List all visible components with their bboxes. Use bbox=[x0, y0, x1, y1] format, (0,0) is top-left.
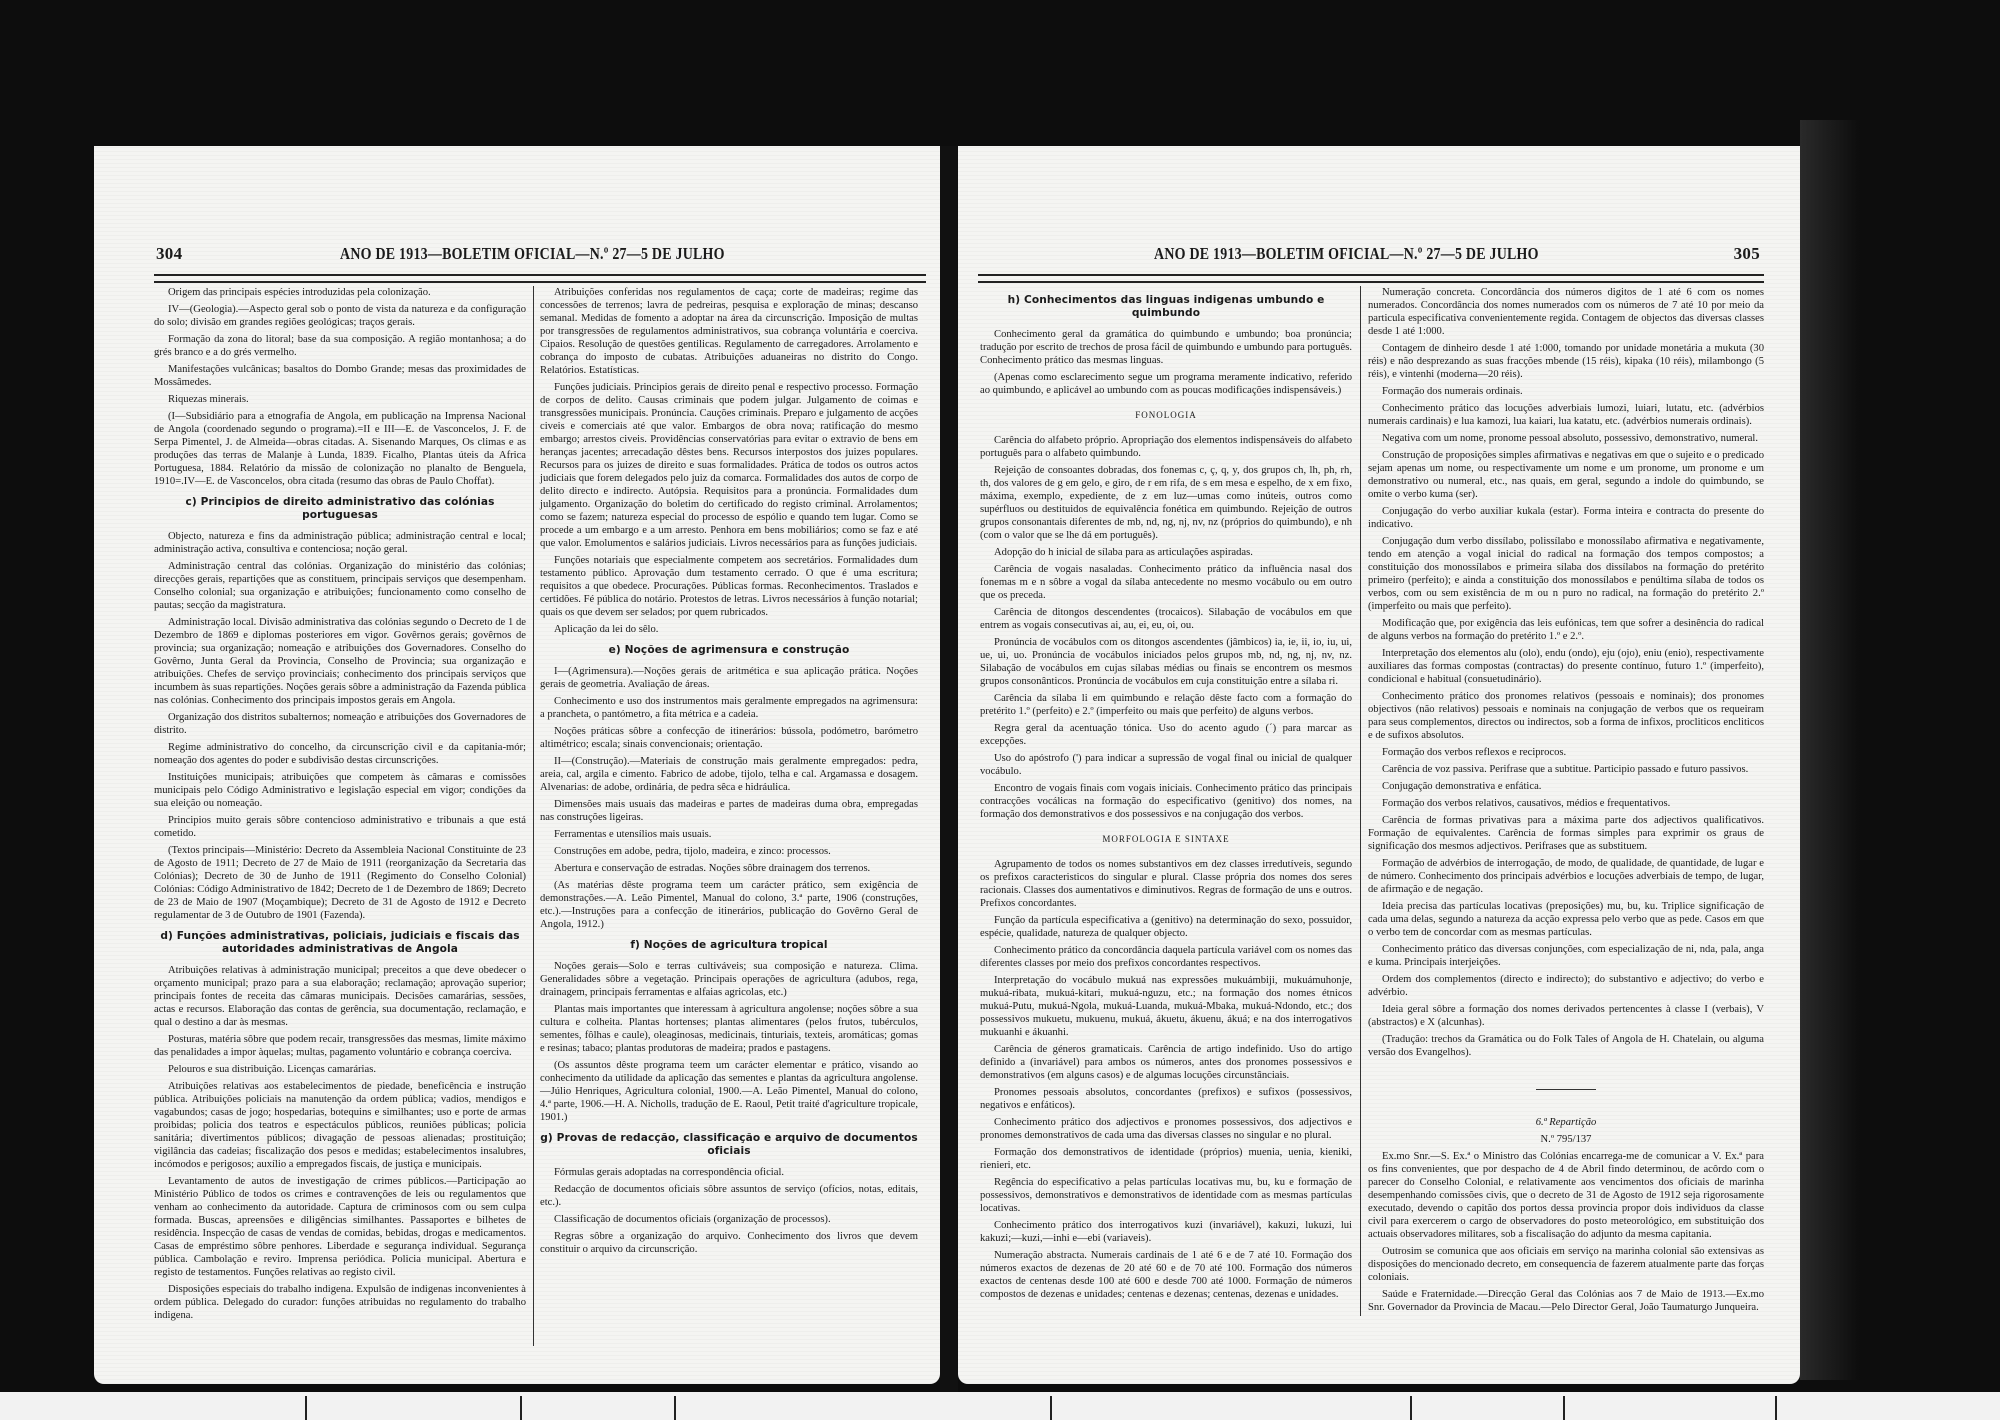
paragraph: Construção de proposições simples afirma… bbox=[1368, 449, 1764, 501]
paragraph: Interpretação do vocábulo mukuá nas expr… bbox=[980, 974, 1352, 1039]
paragraph: Organização dos distritos subalternos; n… bbox=[154, 711, 526, 737]
paragraph: Regime administrativo do concelho, da ci… bbox=[154, 741, 526, 767]
paragraph: Ideia precisa das partículas locativas (… bbox=[1368, 900, 1764, 939]
paragraph: Carência do alfabeto próprio. Apropriaçã… bbox=[980, 434, 1352, 460]
paragraph: Objecto, natureza e fins da administraçã… bbox=[154, 530, 526, 556]
paragraph: Instituições municipais; atribuições que… bbox=[154, 771, 526, 810]
right-page: ANO DE 1913—BOLETIM OFICIAL—N.º 27—5 DE … bbox=[958, 146, 1800, 1384]
section-heading: h) Conhecimentos das linguas indigenas u… bbox=[980, 294, 1352, 320]
paragraph: Conjugação demonstrativa e enfática. bbox=[1368, 780, 1764, 793]
paragraph: Conhecimento prático das locuções adverb… bbox=[1368, 402, 1764, 428]
paragraph: Formação dos demonstrativos de identidad… bbox=[980, 1146, 1352, 1172]
subsection-heading: FONOLOGIA bbox=[980, 409, 1352, 422]
paragraph: Atribuições relativas à administração mu… bbox=[154, 964, 526, 1029]
registration-mark bbox=[1563, 1396, 1565, 1420]
paragraph: II—(Construção).—Materiais de construção… bbox=[540, 755, 918, 794]
paragraph: Funções notariais que especialmente comp… bbox=[540, 554, 918, 619]
separator-rule bbox=[1536, 1089, 1596, 1090]
right-page-column-2: Numeração concreta. Concordância dos núm… bbox=[1368, 286, 1764, 1318]
paragraph: Carência de vogais nasaladas. Conhecimen… bbox=[980, 563, 1352, 602]
section-heading: d) Funções administrativas, policiais, j… bbox=[154, 930, 526, 956]
paragraph: Ex.mo Snr.—S. Ex.ª o Ministro das Colóni… bbox=[1368, 1150, 1764, 1241]
paragraph: Formação dos verbos reflexos e reciproco… bbox=[1368, 746, 1764, 759]
paragraph: Rejeição de consoantes dobradas, dos fon… bbox=[980, 464, 1352, 542]
paragraph: Aplicação da lei do sêlo. bbox=[540, 623, 918, 636]
scan-bottom-margin bbox=[0, 1392, 2000, 1420]
paragraph: Administração local. Divisão administrat… bbox=[154, 616, 526, 707]
column-divider bbox=[1360, 286, 1361, 1316]
section-heading: c) Principios de direito administrativo … bbox=[154, 496, 526, 522]
paragraph: Encontro de vogais finais com vogais ini… bbox=[980, 782, 1352, 821]
subsection-heading: MORFOLOGIA E SINTAXE bbox=[980, 833, 1352, 846]
paragraph: Carência de voz passiva. Perifrase que a… bbox=[1368, 763, 1764, 776]
registration-mark bbox=[305, 1396, 307, 1420]
paragraph: Construções em adobe, pedra, tijolo, mad… bbox=[540, 845, 918, 858]
paragraph: Atribuições conferidas nos regulamentos … bbox=[540, 286, 918, 377]
paragraph: Atribuições relativas aos estabeleciment… bbox=[154, 1080, 526, 1171]
paragraph: (Textos principais—Ministério: Decreto d… bbox=[154, 844, 526, 922]
paragraph: Levantamento de autos de investigação de… bbox=[154, 1175, 526, 1279]
paragraph: Funções judiciais. Principios gerais de … bbox=[540, 381, 918, 550]
paragraph: Função da partícula especificativa a (ge… bbox=[980, 914, 1352, 940]
section-heading: f) Noções de agricultura tropical bbox=[540, 939, 918, 952]
paragraph: Formação dos numerais ordinais. bbox=[1368, 385, 1764, 398]
paragraph: Riquezas minerais. bbox=[154, 393, 526, 406]
paragraph: Carência da sílaba li em quimbundo e rel… bbox=[980, 692, 1352, 718]
paragraph: Conhecimento prático dos pronomes relati… bbox=[1368, 690, 1764, 742]
registration-mark bbox=[674, 1396, 676, 1420]
paragraph: Origem das principais espécies introduzi… bbox=[154, 286, 526, 299]
paragraph: Formação da zona do litoral; base da sua… bbox=[154, 333, 526, 359]
registration-mark bbox=[1410, 1396, 1412, 1420]
running-head-title: ANO DE 1913—BOLETIM OFICIAL—N.º 27—5 DE … bbox=[1154, 244, 1539, 264]
paragraph: Interpretação dos elementos alu (olo), e… bbox=[1368, 647, 1764, 686]
left-page: 304 ANO DE 1913—BOLETIM OFICIAL—N.º 27—5… bbox=[94, 146, 940, 1384]
paragraph: Ideia geral sôbre a formação dos nomes d… bbox=[1368, 1003, 1764, 1029]
paragraph: Regra geral da acentuação tónica. Uso do… bbox=[980, 722, 1352, 748]
paragraph: Contagem de dinheiro desde 1 até 1:000, … bbox=[1368, 342, 1764, 381]
paragraph: Pronomes pessoais absolutos, concordante… bbox=[980, 1086, 1352, 1112]
paragraph: (As matérias dêste programa teem um cará… bbox=[540, 879, 918, 931]
paragraph: Manifestações vulcânicas; basaltos do Do… bbox=[154, 363, 526, 389]
paragraph: Modificação que, por exigência das leis … bbox=[1368, 617, 1764, 643]
paragraph: Fórmulas gerais adoptadas na correspondê… bbox=[540, 1166, 918, 1179]
paragraph: Saúde e Fraternidade.—Direcção Geral das… bbox=[1368, 1288, 1764, 1314]
column-divider bbox=[533, 286, 534, 1346]
paragraph: Carência de ditongos descendentes (troca… bbox=[980, 606, 1352, 632]
registration-mark bbox=[1775, 1396, 1777, 1420]
paragraph: Conhecimento prático dos interrogativos … bbox=[980, 1219, 1352, 1245]
paragraph: Ferramentas e utensílios mais usuais. bbox=[540, 828, 918, 841]
paragraph: I—(Agrimensura).—Noções gerais de aritmé… bbox=[540, 665, 918, 691]
paragraph: Administração central das colónias. Orga… bbox=[154, 560, 526, 612]
paragraph: Carência de géneros gramaticais. Carênci… bbox=[980, 1043, 1352, 1082]
paragraph: Conhecimento geral da gramática do quimb… bbox=[980, 328, 1352, 367]
registration-mark bbox=[520, 1396, 522, 1420]
paragraph: Uso do apóstrofo (') para indicar a supr… bbox=[980, 752, 1352, 778]
paragraph: Posturas, matéria sôbre que podem recair… bbox=[154, 1033, 526, 1059]
paragraph: Conhecimento prático das diversas conjun… bbox=[1368, 943, 1764, 969]
section-heading: e) Noções de agrimensura e construção bbox=[540, 644, 918, 657]
paragraph: Plantas mais importantes que interessam … bbox=[540, 1003, 918, 1055]
paragraph: Formação de advérbios de interrogação, d… bbox=[1368, 857, 1764, 896]
paragraph: Conjugação do verbo auxiliar kukala (est… bbox=[1368, 505, 1764, 531]
paragraph: Outrosim se comunica que aos oficiais em… bbox=[1368, 1245, 1764, 1284]
registration-mark bbox=[1050, 1396, 1052, 1420]
paragraph: Noções gerais—Solo e terras cultiváveis;… bbox=[540, 960, 918, 999]
running-head-left: 304 ANO DE 1913—BOLETIM OFICIAL—N.º 27—5… bbox=[94, 244, 940, 272]
paragraph: Abertura e conservação de estradas. Noçõ… bbox=[540, 862, 918, 875]
paragraph: IV—(Geologia).—Aspecto geral sob o ponto… bbox=[154, 303, 526, 329]
paragraph: Negativa com um nome, pronome pessoal ab… bbox=[1368, 432, 1764, 445]
paragraph: Regência do especificativo a pelas partí… bbox=[980, 1176, 1352, 1215]
paragraph: Ordem dos complementos (directo e indire… bbox=[1368, 973, 1764, 999]
left-page-column-2: Atribuições conferidas nos regulamentos … bbox=[540, 286, 918, 1260]
paragraph: Pronúncia de vocábulos com os ditongos a… bbox=[980, 636, 1352, 688]
paragraph: (Apenas como esclarecimento segue um pro… bbox=[980, 371, 1352, 397]
book-gutter bbox=[940, 146, 958, 1396]
paragraph: Adopção do h inicial de sílaba para as a… bbox=[980, 546, 1352, 559]
left-page-column-1: Origem das principais espécies introduzi… bbox=[154, 286, 526, 1326]
right-page-column-1: h) Conhecimentos das linguas indigenas u… bbox=[980, 286, 1352, 1305]
paragraph: Carência de formas privativas para a máx… bbox=[1368, 814, 1764, 853]
paragraph: Numeração abstracta. Numerais cardinais … bbox=[980, 1249, 1352, 1301]
paragraph: Conjugação dum verbo dissílabo, polissíl… bbox=[1368, 535, 1764, 613]
paragraph: Formação dos verbos relativos, causativo… bbox=[1368, 797, 1764, 810]
department-heading: 6.ª Repartição bbox=[1368, 1116, 1764, 1129]
running-head-title: ANO DE 1913—BOLETIM OFICIAL—N.º 27—5 DE … bbox=[340, 244, 725, 264]
paragraph: Redacção de documentos oficiais sôbre as… bbox=[540, 1183, 918, 1209]
paragraph: Pelouros e sua distribuição. Licenças ca… bbox=[154, 1063, 526, 1076]
paragraph: Numeração concreta. Concordância dos núm… bbox=[1368, 286, 1764, 338]
section-heading: g) Provas de redacção, classificação e a… bbox=[540, 1132, 918, 1158]
paragraph: (Os assuntos dêste programa teem um cará… bbox=[540, 1059, 918, 1124]
paragraph: Classificação de documentos oficiais (or… bbox=[540, 1213, 918, 1226]
paragraph: Disposições especiais do trabalho indige… bbox=[154, 1283, 526, 1322]
paragraph: Agrupamento de todos os nomes substantiv… bbox=[980, 858, 1352, 910]
paragraph: Dimensões mais usuais das madeiras e par… bbox=[540, 798, 918, 824]
page-number: 304 bbox=[156, 244, 182, 264]
page-number: 305 bbox=[1734, 244, 1760, 264]
paragraph: Conhecimento e uso dos instrumentos mais… bbox=[540, 695, 918, 721]
document-number: N.º 795/137 bbox=[1368, 1133, 1764, 1146]
header-double-rule bbox=[154, 274, 926, 283]
paragraph: Conhecimento prático dos adjectivos e pr… bbox=[980, 1116, 1352, 1142]
header-double-rule bbox=[978, 274, 1764, 283]
paragraph: Noções práticas sôbre a confecção de iti… bbox=[540, 725, 918, 751]
running-head-right: ANO DE 1913—BOLETIM OFICIAL—N.º 27—5 DE … bbox=[958, 244, 1800, 272]
paragraph: (I—Subsidiário para a etnografia de Ango… bbox=[154, 410, 526, 488]
paragraph: (Tradução: trechos da Gramática ou do Fo… bbox=[1368, 1033, 1764, 1059]
paragraph: Principios muito gerais sôbre contencios… bbox=[154, 814, 526, 840]
paragraph: Conhecimento prático da concordância daq… bbox=[980, 944, 1352, 970]
book-edge-shadow bbox=[1800, 120, 1860, 1380]
paragraph: Regras sôbre a organização do arquivo. C… bbox=[540, 1230, 918, 1256]
